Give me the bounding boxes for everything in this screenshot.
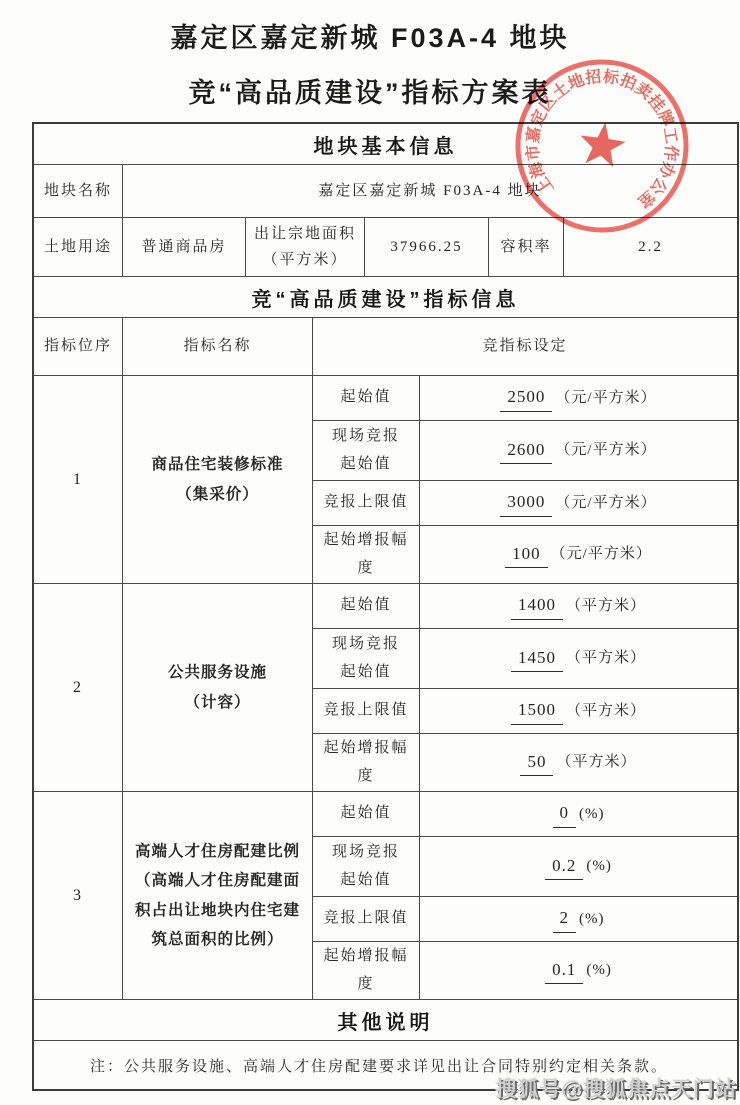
document-page: 嘉定区嘉定新城 F03A-4 地块 竞“高品质建设”指标方案表 地块基本信息 地… [0,0,740,1105]
value-number: 100 [505,541,548,569]
indicator-group-1: 1 商品住宅装修标准 （集采价） 起始值 2500 （元/平方米） 现场竞报 起… [34,375,737,583]
indicator-group-2: 2 公共服务设施 （计容） 起始值 1400 （平方米） 现场竞报 起始值 14… [34,583,737,791]
sub-label: 起始增报幅 度 [312,733,419,791]
col-header-setting: 竞指标设定 [312,318,737,375]
value-unit: （元/平方米） [555,492,656,515]
indicator-name: 商品住宅装修标准 （集采价） [122,376,312,583]
land-use-label: 土地用途 [34,218,122,276]
indicator-name-main: 公共服务设施 [168,658,267,687]
sub-value: 0.2 (%) [419,836,737,896]
sub-label: 竞报上限值 [312,896,419,941]
land-use-row: 土地用途 普通商品房 出让宗地面积 （平方米） 37966.25 容积率 2.2 [34,217,737,276]
value-unit: (%) [579,908,605,931]
plot-name-value: 嘉定区嘉定新城 F03A-4 地块 [122,165,737,217]
value-number: 2600 [500,437,552,465]
indicator-name-main: 高端人才住房配建比例 [135,837,300,866]
value-unit: （元/平方米） [555,439,656,462]
sub-value: 2 (%) [419,896,737,941]
col-header-name: 指标名称 [122,318,312,375]
value-number: 3000 [500,489,552,517]
value-unit: （元/平方米） [551,543,652,566]
value-number: 50 [520,749,553,777]
indicator-section-header: 竞“高品质建设”指标信息 [34,276,737,317]
sub-value: 2600 （元/平方米） [419,420,737,480]
sub-value: 2500 （元/平方米） [419,376,737,420]
value-number: 2 [553,905,577,933]
value-number: 0 [553,800,577,828]
value-number: 1400 [511,592,563,620]
sub-label: 起始值 [312,376,419,420]
document-title-line1: 嘉定区嘉定新城 F03A-4 地块 [0,16,740,55]
basic-info-section-header: 地块基本信息 [34,124,737,164]
other-notes-section-header: 其他说明 [34,999,737,1040]
value-number: 2500 [500,384,552,412]
sub-label: 现场竞报 起始值 [312,836,419,896]
indicator-name: 高端人才住房配建比例 （高端人才住房配建面积占出让地块内住宅建筑总面积的比例） [122,792,312,999]
plot-ratio-value: 2.2 [563,218,737,276]
sub-value: 1400 （平方米） [419,584,737,628]
sub-label: 现场竞报 起始值 [312,420,419,480]
sub-label: 起始值 [312,584,419,628]
document-title-line2: 竞“高品质建设”指标方案表 [0,71,740,110]
indicator-order: 3 [34,792,122,999]
sub-value: 1500 （平方米） [419,688,737,733]
col-header-order: 指标位序 [34,318,122,375]
indicator-column-header-row: 指标位序 指标名称 竞指标设定 [34,317,737,375]
sub-label: 竞报上限值 [312,688,419,733]
sub-label: 现场竞报 起始值 [312,628,419,688]
sub-label: 竞报上限值 [312,480,419,525]
sub-value: 100 （元/平方米） [419,525,737,583]
sub-value: 1450 （平方米） [419,628,737,688]
plot-ratio-label: 容积率 [488,218,563,276]
indicator-name-note: （高端人才住房配建面积占出让地块内住宅建筑总面积的比例） [130,866,305,954]
indicator-name-note: （集采价） [176,480,259,509]
sub-label: 起始值 [312,792,419,836]
indicator-name-note: （计容） [184,688,250,717]
value-number: 1450 [511,645,563,673]
sub-label: 起始增报幅 度 [312,525,419,583]
sub-value: 0.1 (%) [419,941,737,999]
value-number: 0.2 [545,853,583,881]
watermark-text: 搜狐号@搜狐焦点天门站 [496,1073,737,1103]
value-unit: (%) [579,803,605,826]
land-use-value: 普通商品房 [122,218,245,276]
value-unit: （平方米） [556,751,636,774]
sub-value: 3000 （元/平方米） [419,480,737,525]
value-unit: （平方米） [566,647,646,670]
value-unit: （平方米） [566,700,646,723]
indicator-name-main: 商品住宅装修标准 [151,450,283,479]
sub-value: 0 (%) [419,792,737,836]
indicator-order: 2 [34,584,122,791]
indicator-name: 公共服务设施 （计容） [122,584,312,791]
value-number: 1500 [511,697,563,725]
parcel-area-value: 37966.25 [364,218,488,276]
parcel-area-label: 出让宗地面积 （平方米） [245,218,364,276]
indicator-group-3: 3 高端人才住房配建比例 （高端人才住房配建面积占出让地块内住宅建筑总面积的比例… [34,791,737,999]
plan-table: 地块基本信息 地块名称 嘉定区嘉定新城 F03A-4 地块 土地用途 普通商品房… [32,122,739,1091]
value-unit: （元/平方米） [555,387,656,410]
indicator-order: 1 [34,376,122,583]
value-number: 0.1 [545,957,583,985]
plot-name-label: 地块名称 [34,165,122,217]
plot-name-row: 地块名称 嘉定区嘉定新城 F03A-4 地块 [34,164,737,217]
sub-value: 50 （平方米） [419,733,737,791]
value-unit: (%) [586,959,612,982]
value-unit: (%) [586,855,612,878]
sub-label: 起始增报幅 度 [312,941,419,999]
value-unit: （平方米） [566,595,646,618]
